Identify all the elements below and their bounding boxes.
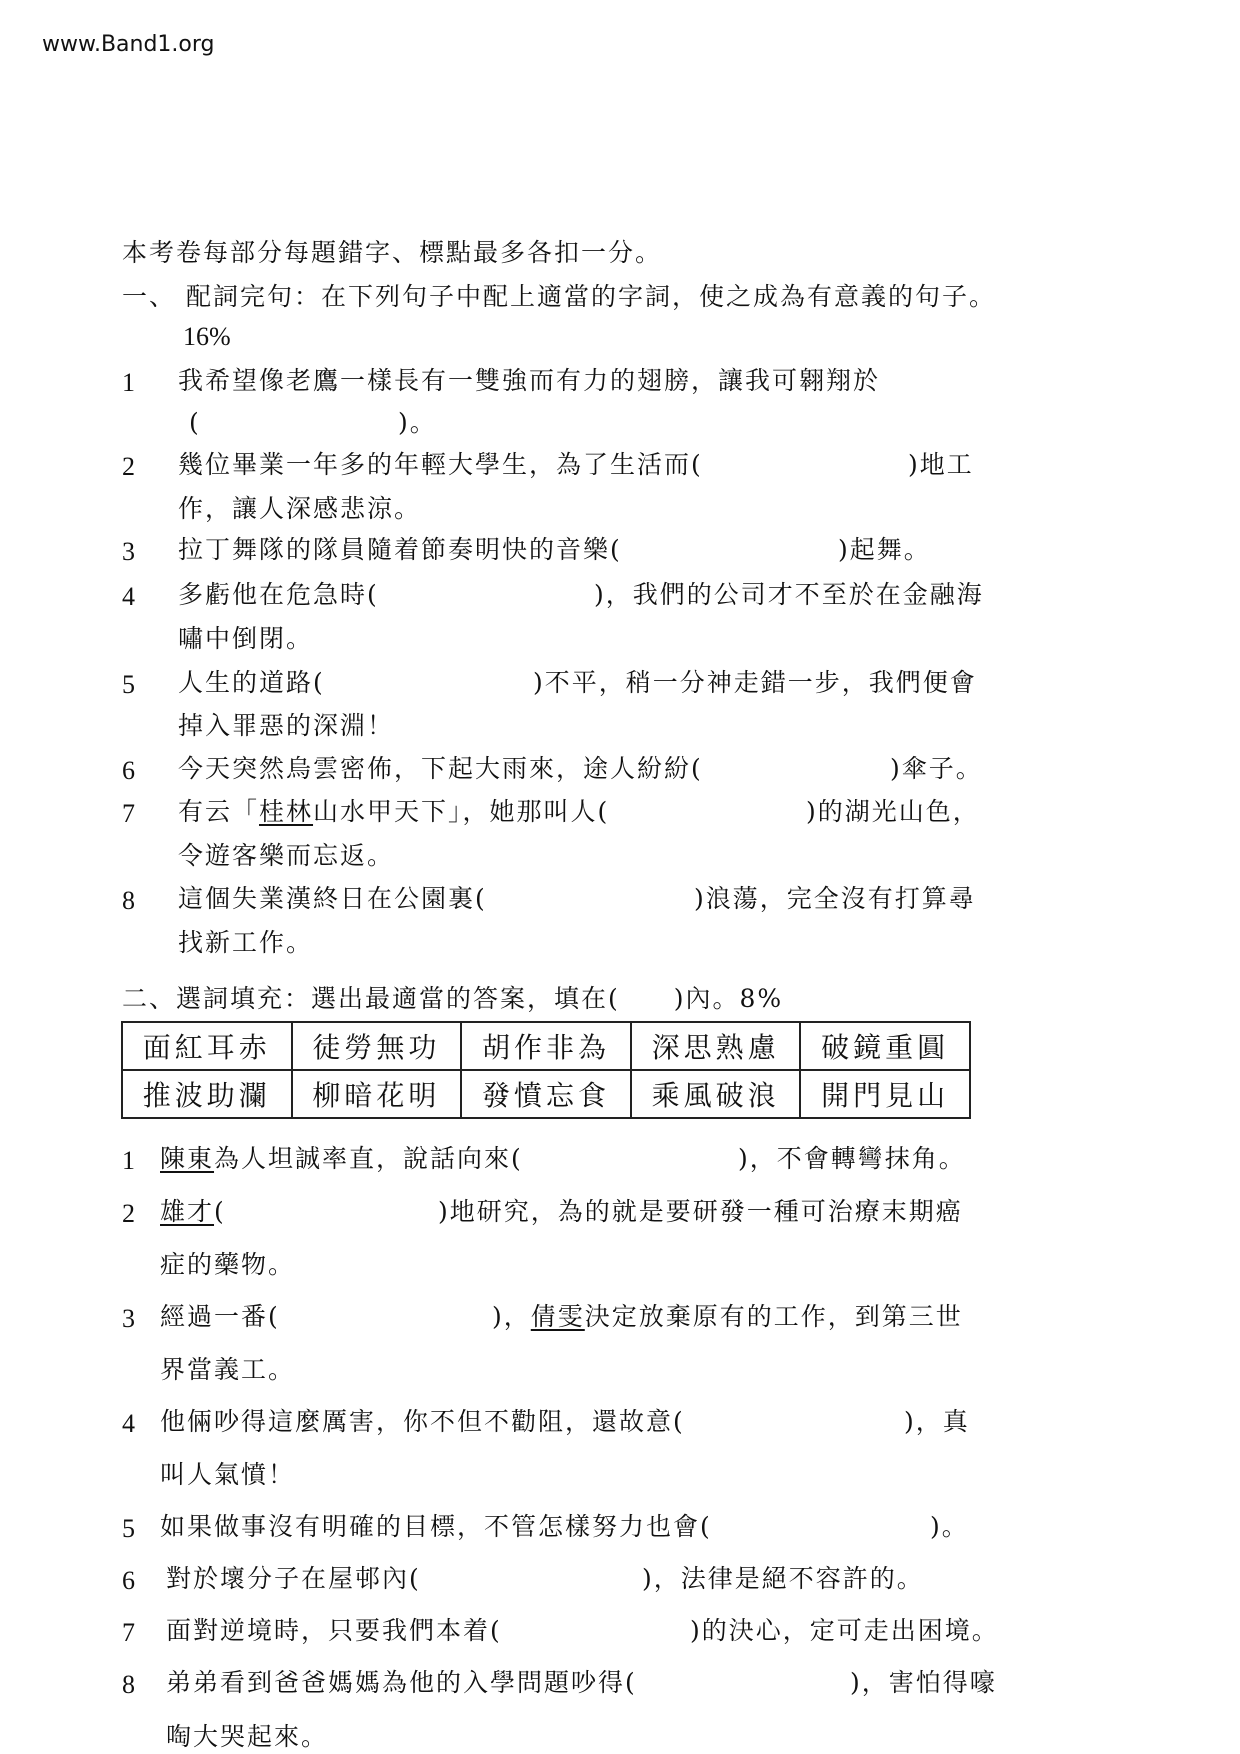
item-text: 如果做事沒有明確的目標，不管怎樣努力也會( [160,1512,712,1542]
item-text-cont: 令遊客樂而忘返。 [178,841,394,871]
word-option: 柳暗花明 [292,1070,462,1118]
text-part: 有云「 [178,797,259,826]
section1-heading: 一、 配詞完句：在下列句子中配上適當的字詞，使之成為有意義的句子。 [122,282,996,312]
item-number: 4 [122,1409,135,1439]
proper-noun-underlined: 桂林 [259,797,313,826]
item-number: 3 [122,1304,135,1334]
answer-blank[interactable] [545,1140,735,1174]
answer-blank[interactable] [245,1193,435,1227]
text-part: )， [492,1302,531,1331]
proper-noun-underlined: 倩雯 [531,1302,585,1331]
item-number: 3 [122,537,135,567]
item-text: )，不會轉彎抹角。 [738,1144,966,1174]
answer-blank[interactable] [205,404,395,438]
item-text: 今天突然烏雲密佈，下起大雨來，途人紛紛( [178,754,703,784]
word-option: 胡作非為 [461,1022,631,1070]
item-number: 5 [122,670,135,700]
word-option: 乘風破浪 [631,1070,801,1118]
answer-blank[interactable] [620,793,800,827]
word-option: 推波助瀾 [122,1070,292,1118]
item-text: 多虧他在危急時( [178,580,379,610]
word-option: 破鏡重圓 [800,1022,970,1070]
answer-blank[interactable] [400,576,590,610]
item-text: )，真 [904,1407,970,1437]
item-text-cont: 啕大哭起來。 [166,1722,328,1752]
text-part: ( [214,1197,226,1226]
word-option: 徒勞無功 [292,1022,462,1070]
item-text: )起舞。 [838,535,931,565]
answer-blank[interactable] [710,1403,900,1437]
word-bank-row: 面紅耳赤 徒勞無功 胡作非為 深思熟慮 破鏡重圓 [122,1022,970,1070]
item-number: 6 [122,1566,135,1596]
item-number: 1 [122,368,135,398]
item-text: )地工 [908,450,974,480]
item-text-cont: 掉入罪惡的深淵！ [178,711,394,741]
item-text: )地研究，為的就是要研發一種可治療末期癌 [438,1197,963,1227]
item-text: 弟弟看到爸爸媽媽為他的入學問題吵得( [166,1668,637,1698]
item-text: 陳東為人坦誠率直，說話向來( [160,1144,523,1174]
item-text-cont: 症的藥物。 [160,1250,295,1280]
answer-blank[interactable] [660,531,840,565]
item-number: 8 [122,886,135,916]
item-number: 2 [122,1199,135,1229]
item-text: 這個失業漢終日在公園裏( [178,884,487,914]
item-text: )，害怕得嚎 [850,1668,997,1698]
item-number: 8 [122,1670,135,1700]
item-text: 經過一番( [160,1302,280,1332]
word-bank-table: 面紅耳赤 徒勞無功 胡作非為 深思熟慮 破鏡重圓 推波助瀾 柳暗花明 發憤忘食 … [121,1021,971,1119]
item-text: )浪蕩，完全沒有打算尋 [694,884,976,914]
item-number: 4 [122,582,135,612]
item-text: 有云「桂林山水甲天下」，她那叫人( [178,797,609,827]
text-part: 為人坦誠率直，說話向來( [214,1144,523,1173]
website-watermark: www.Band1.org [42,32,215,57]
answer-blank[interactable] [715,446,905,480]
answer-blank[interactable] [500,1612,690,1646]
answer-blank[interactable] [640,1664,830,1698]
item-text: )傘子。 [890,754,983,784]
answer-blank[interactable] [510,880,690,914]
item-text-cont: 叫人氣憤！ [160,1460,295,1490]
item-text-cont: 界當義工。 [160,1355,295,1385]
item-text: )不平，稍一分神走錯一步，我們便會 [533,668,977,698]
answer-blank[interactable] [450,1560,640,1594]
text-part: 決定放棄原有的工作，到第三世 [585,1302,963,1331]
proper-noun-underlined: 雄才 [160,1197,214,1226]
item-text: )的決心，定可走出困境。 [690,1616,999,1646]
item-number: 5 [122,1514,135,1544]
item-text: )。 [930,1512,969,1542]
answer-blank[interactable] [710,750,890,784]
word-option: 深思熟慮 [631,1022,801,1070]
answer-blank[interactable] [300,1298,490,1332]
item-text: )的湖光山色， [806,797,980,827]
item-text: 他倆吵得這麼厲害，你不但不勸阻，還故意( [160,1407,685,1437]
item-number: 6 [122,756,135,786]
item-text-cont: 找新工作。 [178,928,313,958]
item-text: )，法律是絕不容許的。 [642,1564,924,1594]
item-text: 我希望像老鷹一樣長有一雙強而有力的翅膀，讓我可翱翔於 [178,366,880,396]
exam-notice: 本考卷每部分每題錯字、標點最多各扣一分。 [122,238,662,268]
section1-score: 16% [183,322,231,352]
item-number: 7 [122,1618,135,1648]
word-option: 面紅耳赤 [122,1022,292,1070]
item-text-cont: 嘯中倒閉。 [178,624,313,654]
text-part: 山水甲天下」，她那叫人( [313,797,609,826]
blank-open: ( [189,408,201,438]
item-text-cont: 作，讓人深感悲涼。 [178,494,421,524]
item-number: 2 [122,452,135,482]
blank-close: )。 [398,408,437,438]
section2-heading: 二、選詞填充：選出最適當的答案，填在( )內。8% [122,984,783,1014]
item-text: 面對逆境時，只要我們本着( [166,1616,502,1646]
item-text: 雄才( [160,1197,226,1227]
item-text: 人生的道路( [178,668,325,698]
answer-blank[interactable] [340,664,530,698]
word-option: 發憤忘食 [461,1070,631,1118]
item-text: )，倩雯決定放棄原有的工作，到第三世 [492,1302,963,1332]
item-text: 幾位畢業一年多的年輕大學生，為了生活而( [178,450,703,480]
item-number: 7 [122,799,135,829]
word-option: 開門見山 [800,1070,970,1118]
answer-blank[interactable] [740,1508,930,1542]
word-bank-row: 推波助瀾 柳暗花明 發憤忘食 乘風破浪 開門見山 [122,1070,970,1118]
item-number: 1 [122,1146,135,1176]
item-text: )，我們的公司才不至於在金融海 [594,580,984,610]
item-text: 對於壞分子在屋邨內( [166,1564,421,1594]
proper-noun-underlined: 陳東 [160,1144,214,1173]
item-text: 拉丁舞隊的隊員隨着節奏明快的音樂( [178,535,622,565]
